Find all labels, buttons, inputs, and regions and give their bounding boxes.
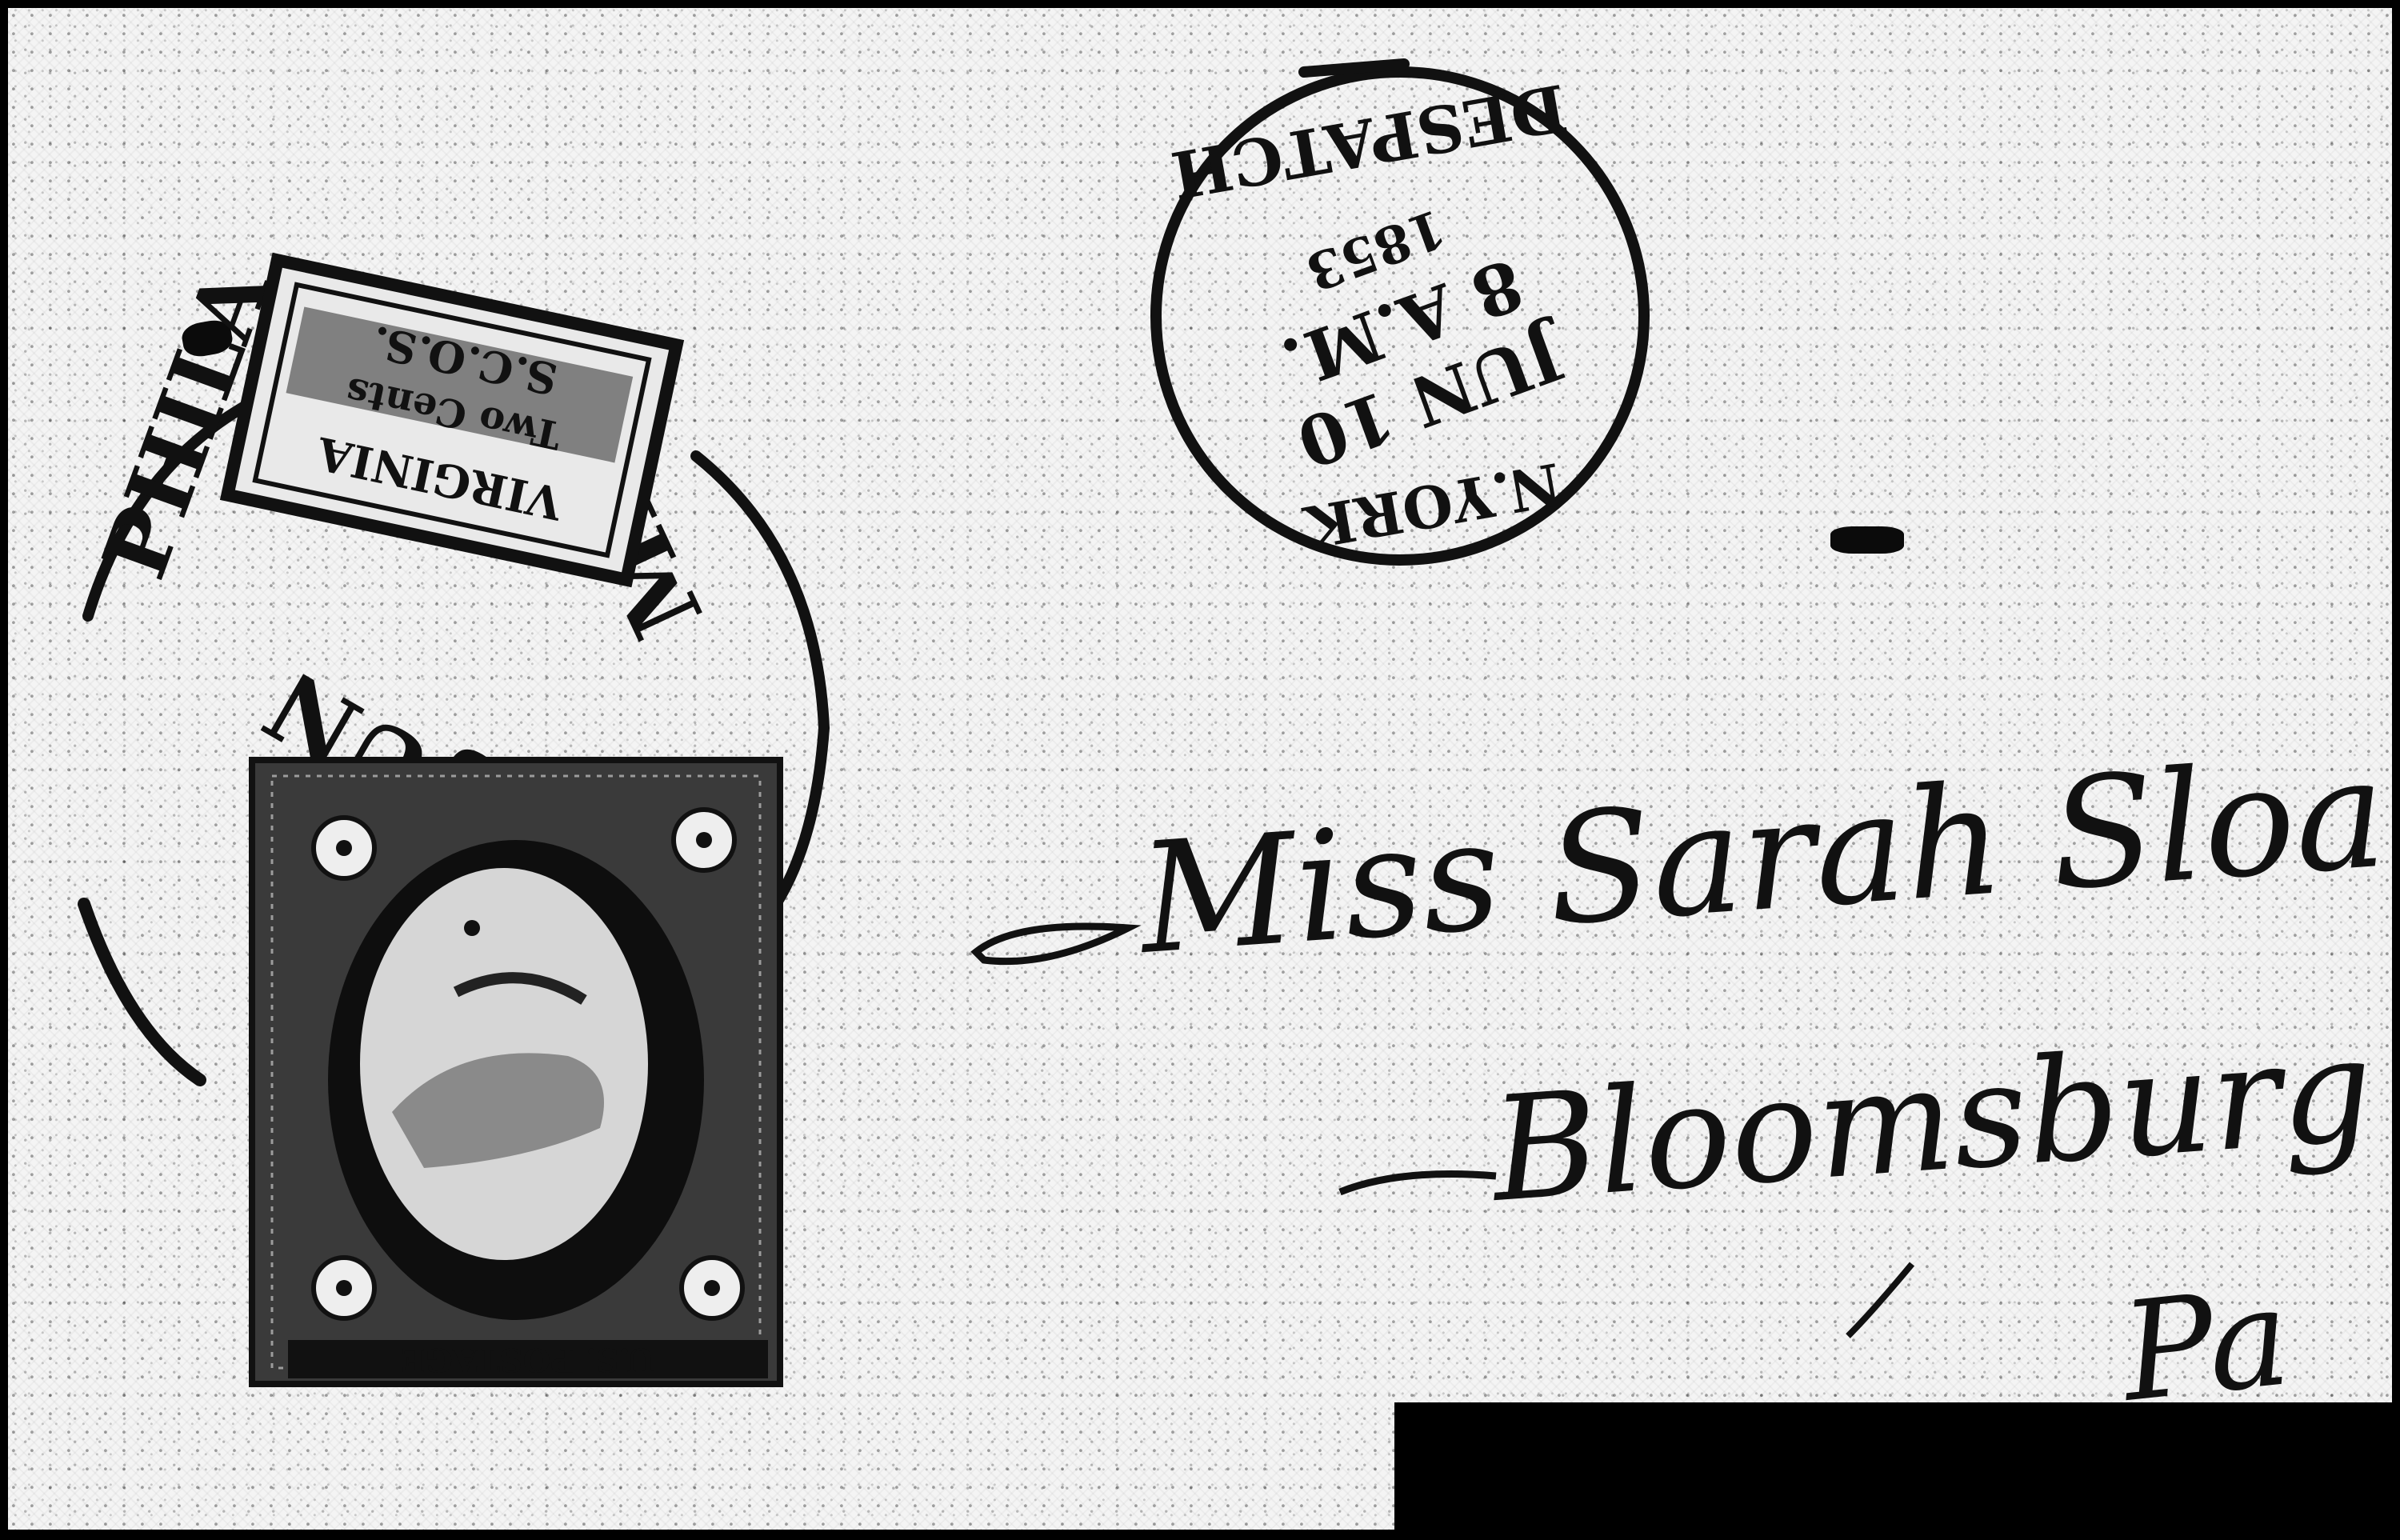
svg-text:U.S. POSTAGE: U.S. POSTAGE [401, 1341, 655, 1378]
postmark-right-stroke [1304, 64, 1404, 72]
envelope-cover: PHILA JUN MI VIRGINIA Two Cents S.C.O.S. [8, 8, 2392, 1530]
postage-stamp: U.S. POSTAGE [252, 760, 780, 1384]
redaction-block [1394, 1402, 2392, 1530]
address-block: Miss Sarah Sloan Bloomsburg Colu Pa [976, 718, 2392, 1433]
svg-text:DESPATCH: DESPATCH [1166, 70, 1573, 213]
svg-text:Bloomsburg Colu: Bloomsburg Colu [1484, 979, 2392, 1234]
svg-text:Miss Sarah Sloan: Miss Sarah Sloan [1132, 718, 2392, 988]
postmark-right: N.YORK JUN 10 8 A.M. 1853 DESPATCH [1156, 70, 1644, 562]
cover-artwork: PHILA JUN MI VIRGINIA Two Cents S.C.O.S. [8, 8, 2392, 1530]
local-label: VIRGINIA Two Cents S.C.O.S. [227, 260, 676, 579]
